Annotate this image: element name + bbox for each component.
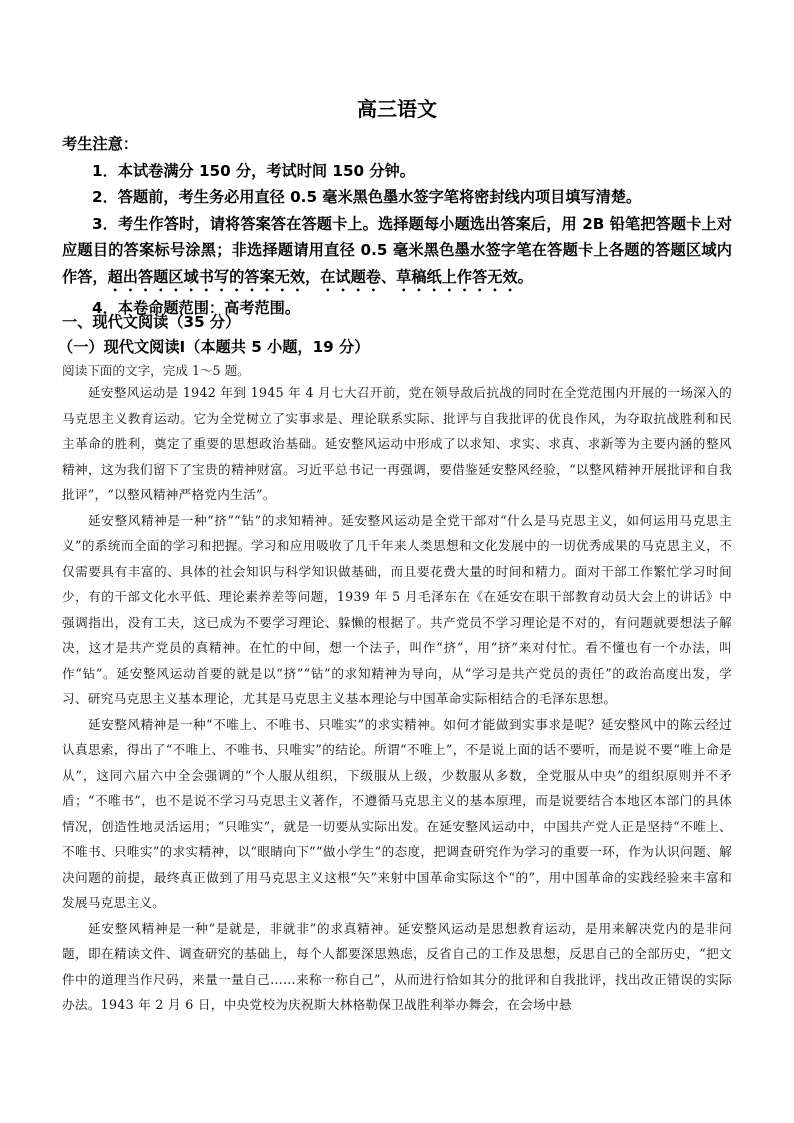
notice-item-1: 1．本试卷满分 150 分，考试时间 150 分钟。 bbox=[62, 158, 732, 185]
passage-paragraph-1: 延安整风运动是 1942 年到 1945 年 4 月七大召开前，党在领导敌后抗战… bbox=[62, 380, 732, 508]
emphasis-invalid-outside-area: 超出答题区域书写的答案无效 bbox=[108, 268, 305, 286]
notice-item-3-comma: ， bbox=[305, 268, 320, 286]
reading-instruction: 阅读下面的文字，完成 1～5 题。 bbox=[62, 360, 732, 382]
reading-passage: 延安整风运动是 1942 年到 1945 年 4 月七大召开前，党在领导敌后抗战… bbox=[62, 380, 732, 1018]
notice-item-3-end: 。 bbox=[518, 268, 533, 286]
notice-item-2: 2．答题前，考生务必用直径 0.5 毫米黑色墨水签字笔将密封线内项目填写清楚。 bbox=[62, 184, 732, 211]
emphasis-invalid-on-paper: 在试题卷、草稿纸上作答无效 bbox=[320, 268, 517, 286]
notice-item-3: 3．考生作答时，请将答案答在答题卡上。选择题每小题选出答案后，用 2B 铅笔把答… bbox=[62, 211, 732, 295]
passage-paragraph-2: 延安整风精神是一种“挤”“钻”的求知精神。延安整风运动是全党干部对“什么是马克思… bbox=[62, 508, 732, 712]
notice-heading: 考生注意： bbox=[62, 131, 732, 158]
candidate-notice: 考生注意： 1．本试卷满分 150 分，考试时间 150 分钟。 2．答题前，考… bbox=[62, 131, 732, 321]
passage-paragraph-3: 延安整风精神是一种“不唯上、不唯书、只唯实”的求实精神。如何才能做到实事求是呢？… bbox=[62, 712, 732, 916]
section-heading: 一、现代文阅读（35 分） bbox=[62, 310, 732, 334]
passage-paragraph-4: 延安整风精神是一种“是就是，非就非”的求真精神。延安整风运动是思想教育运动，是用… bbox=[62, 916, 732, 1018]
subsection-heading: （一）现代文阅读Ⅰ（本题共 5 小题，19 分） bbox=[58, 335, 728, 359]
page-title: 高三语文 bbox=[62, 96, 732, 122]
